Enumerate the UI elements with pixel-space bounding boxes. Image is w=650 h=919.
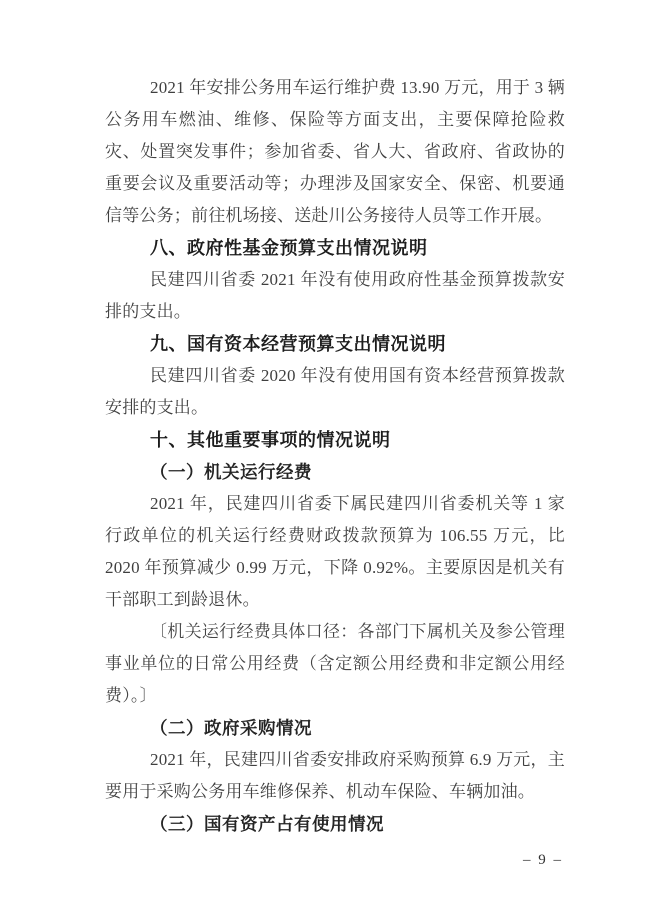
para-sub-1-body: 2021 年，民建四川省委下属民建四川省委机关等 1 家行政单位的机关运行经费财…	[105, 488, 565, 616]
heading-section-8-government-fund-budget: 八、政府性基金预算支出情况说明	[105, 232, 565, 264]
heading-sub-2-government-procurement: （二）政府采购情况	[105, 712, 565, 744]
para-section-8-body: 民建四川省委 2021 年没有使用政府性基金预算拨款安排的支出。	[105, 264, 565, 328]
heading-section-10-other-important-matters: 十、其他重要事项的情况说明	[105, 424, 565, 456]
para-vehicle-maintenance: 2021 年安排公务用车运行维护费 13.90 万元，用于 3 辆公务用车燃油、…	[105, 72, 565, 232]
heading-section-9-state-capital-budget: 九、国有资本经营预算支出情况说明	[105, 328, 565, 360]
para-section-9-body: 民建四川省委 2020 年没有使用国有资本经营预算拨款安排的支出。	[105, 360, 565, 424]
para-sub-1-note: 〔机关运行经费具体口径：各部门下属机关及参公管理事业单位的日常公用经费（含定额公…	[105, 616, 565, 712]
para-sub-2-body: 2021 年，民建四川省委安排政府采购预算 6.9 万元，主要用于采购公务用车维…	[105, 744, 565, 808]
heading-sub-3-state-owned-assets: （三）国有资产占有使用情况	[105, 808, 565, 840]
heading-sub-1-agency-operating-expenses: （一）机关运行经费	[105, 456, 565, 488]
page-number: – 9 –	[523, 850, 563, 870]
document-content: 2021 年安排公务用车运行维护费 13.90 万元，用于 3 辆公务用车燃油、…	[105, 72, 565, 840]
document-page: 2021 年安排公务用车运行维护费 13.90 万元，用于 3 辆公务用车燃油、…	[0, 0, 650, 919]
